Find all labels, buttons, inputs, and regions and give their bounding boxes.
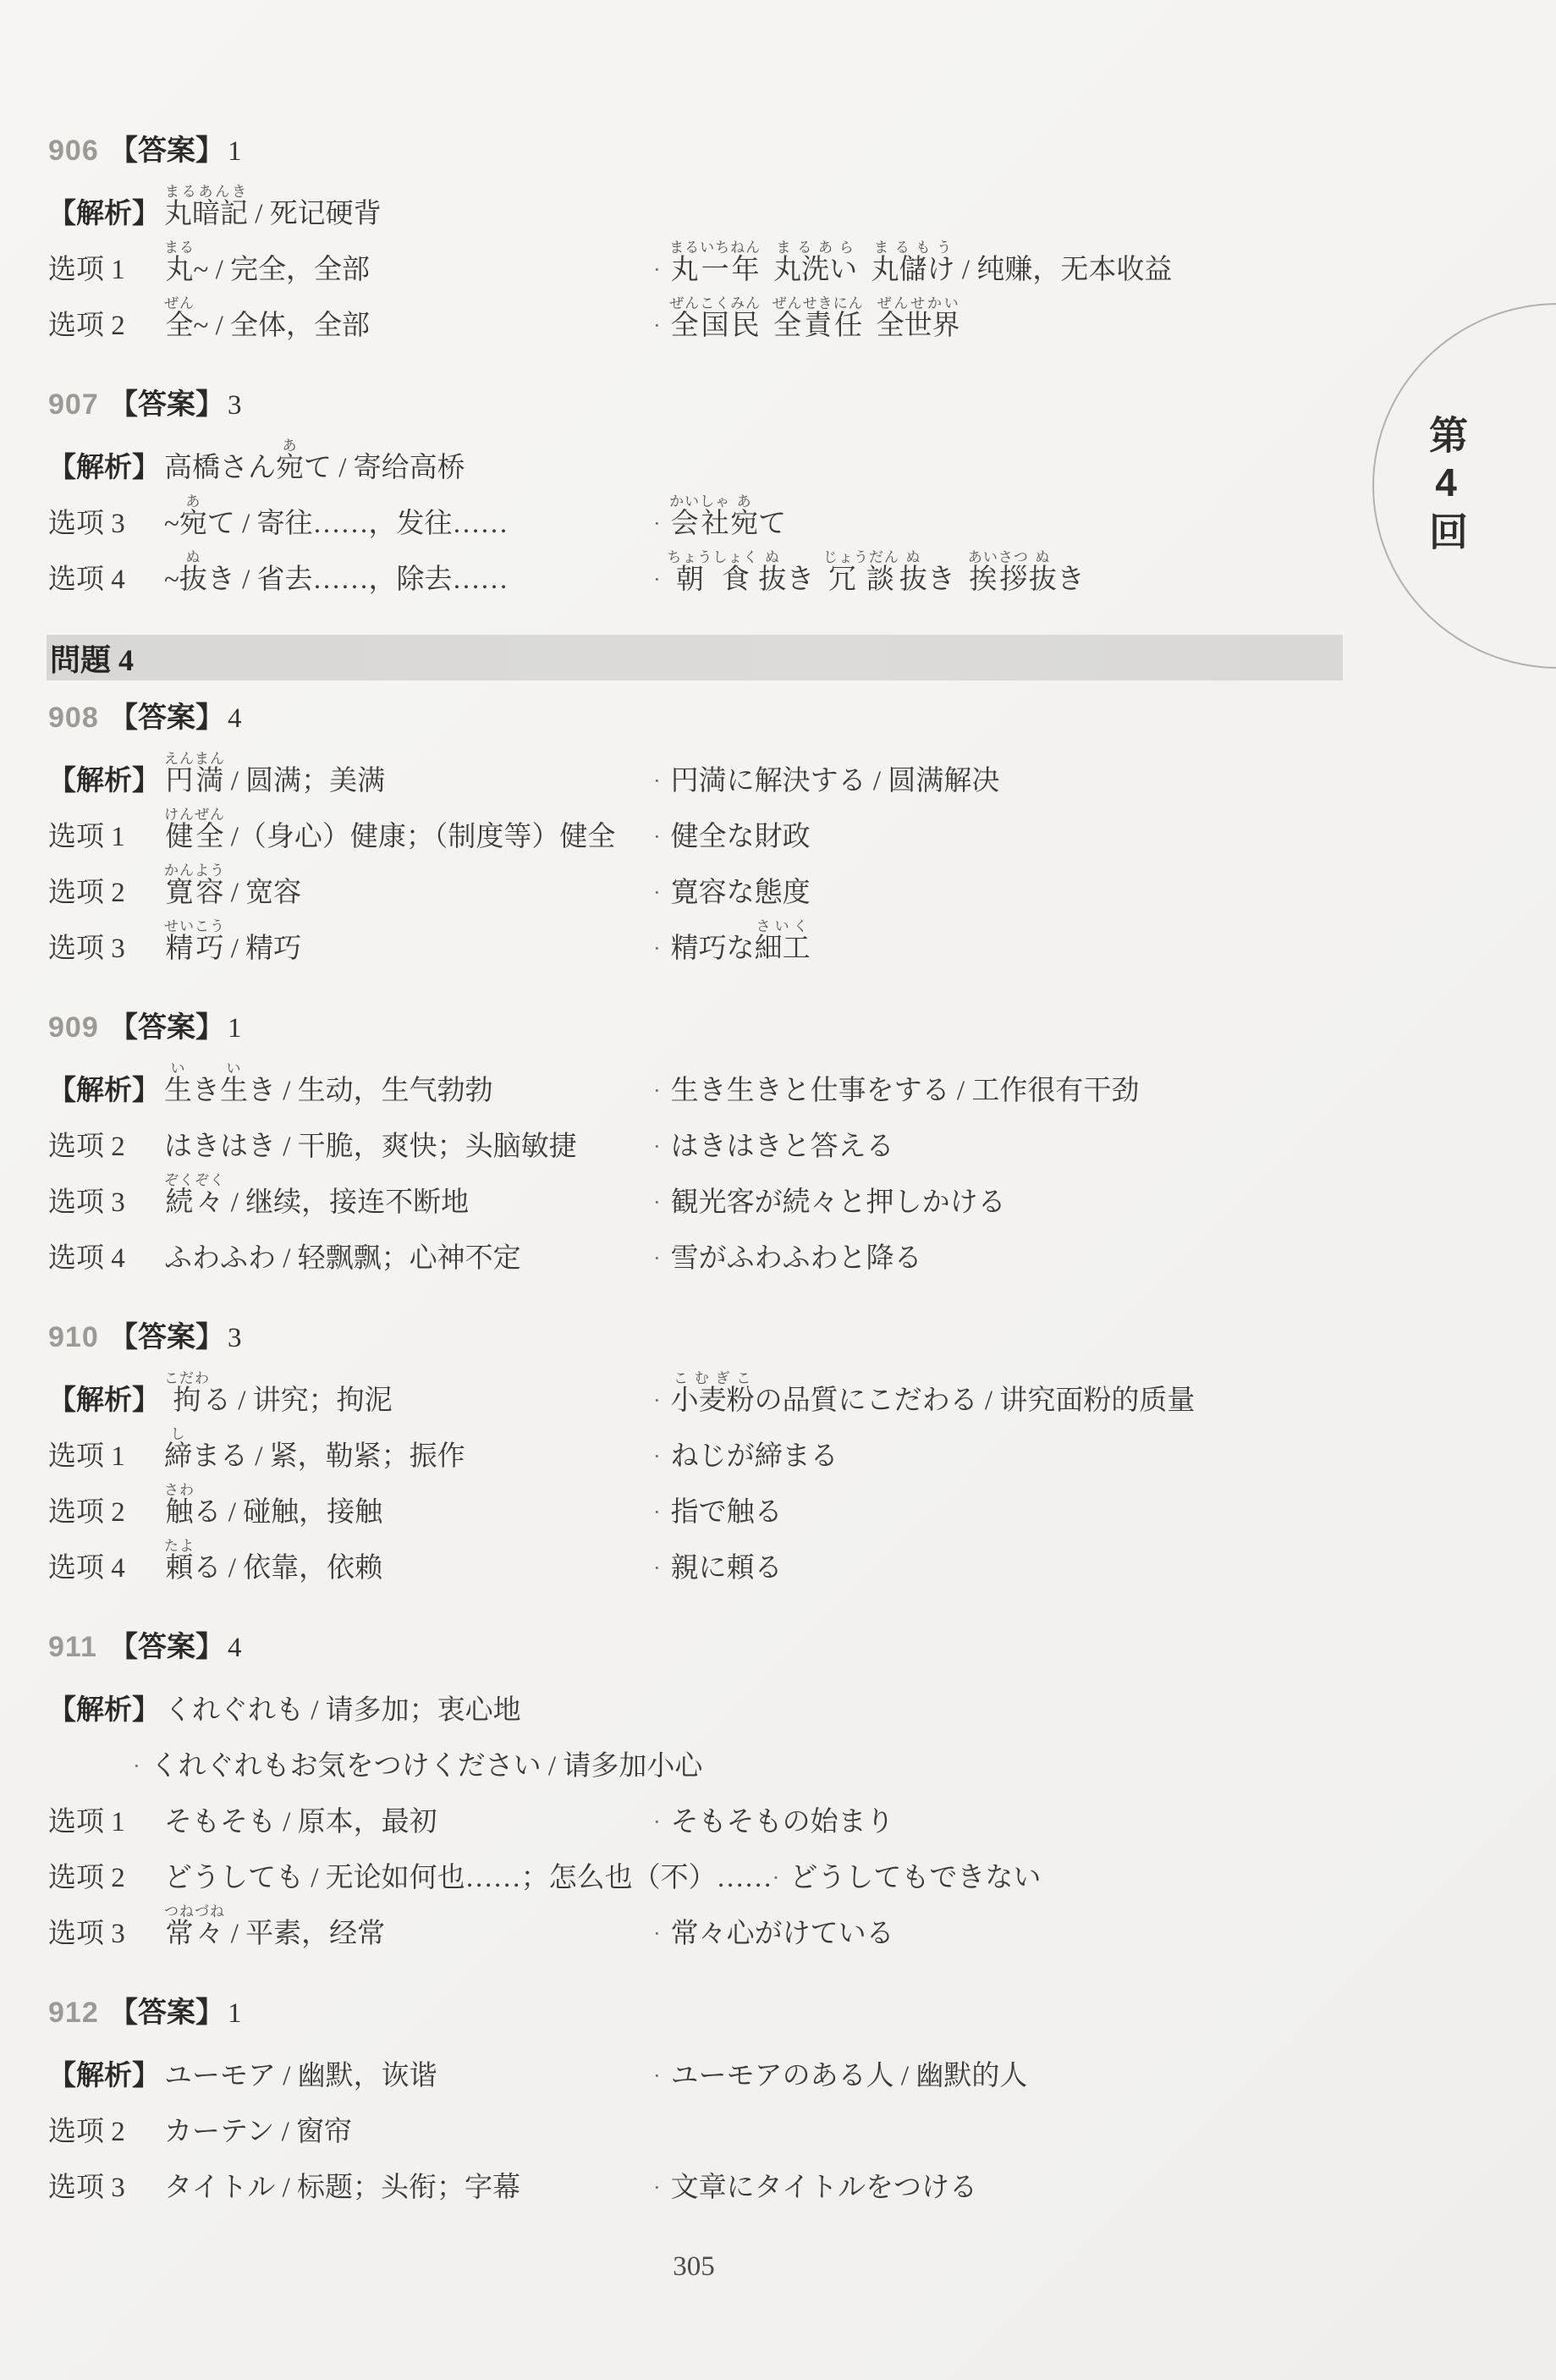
option-row: 选项 3タイトル / 标题；头衔；字幕·文章にタイトルをつける [48,2148,1402,2204]
text-segment: / 平素，经常 [224,1919,386,1949]
ruby-segment: 丸暗記まるあんき [164,199,248,229]
definition-text: ~抜ぬき / 省去……，除去…… [164,549,653,596]
text-segment [862,311,877,341]
furigana-text: ぬ [758,549,786,565]
text-segment: タイトル / 标题；头衔；字幕 [164,2173,520,2203]
definition-text: 生いき生いき / 生动，生气勃勃 [164,1061,653,1107]
bullet-dot: · [653,936,661,961]
text-segment [857,255,871,285]
bullet-dot: · [653,313,661,338]
definition-text: 拘こだわる / 讲究；拘泥 [164,1370,653,1417]
answer-label: 【答案】 [109,1004,224,1045]
ruby-base-text: 丸 [164,255,195,285]
ruby-segment: 丸洗いまるあら [773,255,857,285]
definition-text: 高橋さん宛あて / 寄给高桥 [164,438,653,484]
ruby-segment: 朝食ちょうしょく [671,565,759,595]
definition-text: ユーモア / 幽默，诙谐 [164,2061,653,2092]
ruby-base-text: 丸洗い [773,255,857,285]
text-segment: る / 讲究；拘泥 [203,1386,393,1416]
definition-text: 健全けんぜん /（身心）健康；（制度等）健全 [164,807,653,853]
ruby-base-text: 常々 [164,1919,225,1949]
ruby-segment: 触さわ [164,1497,194,1528]
text-segment: / 纯赚，无本收益 [955,255,1173,285]
option-row: 选项 3~宛あて / 寄往……，发往……·会社かいしゃ宛あて [48,484,1402,540]
furigana-text: し [164,1426,192,1442]
question-number: 909 [48,1011,109,1044]
text-segment [760,255,774,285]
question-number: 906 [48,135,109,168]
option-row: 选项 4頼たよる / 依靠，依赖·親に頼る [48,1529,1402,1584]
definition-text: どうしても / 无论如何也……；怎么也（不）…… [164,1863,773,1894]
ruby-segment: 常々つねづね [164,1919,224,1949]
text-segment: き [927,565,955,595]
bullet-dot: · [653,1500,661,1524]
ruby-segment: 宛あ [179,509,207,539]
analysis-row: 【解析】ユーモア / 幽默，诙谐·ユーモアのある人 / 幽默的人 [48,2036,1402,2092]
ruby-segment: 宛あ [276,453,304,483]
text-segment: 文章にタイトルをつける [671,2173,977,2203]
text-segment: き [1057,565,1085,595]
option-row: 选项 3精巧せいこう / 精巧·精巧な細工さいく [48,909,1402,965]
text-segment: 指で触る [671,1497,783,1528]
textbook-answer-page: { "page": { "band_color": "#d8d7d5", "si… [0,0,1556,2380]
question-number: 908 [48,702,109,735]
definition-text: 寛容かんよう / 宽容 [164,862,653,909]
furigana-text: ぬ [1029,549,1057,565]
option-row: 选项 2全ぜん~ / 全体，全部·全国民ぜんこくみん 全責任ぜんせきにん 全世界… [48,286,1402,342]
answer-label: 【答案】 [109,694,224,735]
definition-text: 全ぜん~ / 全体，全部 [164,295,653,342]
text-segment: ~ / 全体，全部 [194,311,371,341]
furigana-text: い [220,1061,248,1077]
answer-label: 【答案】 [109,1623,224,1665]
furigana-text: あいさつ [968,549,1029,565]
example-text: ·どうしてもできない [773,1863,1042,1894]
furigana-text: まるあんき [164,184,248,200]
ruby-segment: 寛容かんよう [164,878,224,908]
definition-text: 常々つねづね / 平素，经常 [164,1903,653,1950]
text-segment: 健全な財政 [671,822,811,852]
text-segment: / 继续，接连不断地 [224,1187,470,1218]
ruby-base-text: 抜 [1029,565,1057,595]
option-label: 选项 2 [48,878,164,909]
text-segment: そもそもの始まり [671,1807,894,1837]
option-label: 选项 3 [48,2173,164,2204]
example-text: ·朝食ちょうしょく抜ぬき 冗談じょうだん抜ぬき 挨拶あいさつ抜ぬき [653,549,1085,596]
bullet-dot: · [653,511,661,536]
ruby-segment: 会社かいしゃ [671,509,731,539]
ruby-segment: 健全けんぜん [164,822,224,852]
bullet-dot: · [653,1444,661,1468]
text-segment: / 圆满；美满 [224,766,386,796]
ruby-segment: 生い [220,1076,248,1106]
definition-text: くれぐれも / 请多加；衷心地 [164,1695,653,1727]
option-label: 选项 2 [48,1497,164,1529]
option-label: 选项 2 [48,2117,164,2148]
definition-text: 丸まる~ / 完全，全部 [164,240,653,286]
text-segment: 円満に解決する / 圆满解决 [671,766,1000,796]
example-text: ·ユーモアのある人 / 幽默的人 [653,2061,1027,2092]
furigana-text: あ [179,493,207,510]
example-text: ·丸一年まるいちねん 丸洗いまるあら 丸儲けまるもう / 纯赚，无本收益 [653,240,1172,286]
bullet-dot: · [653,2175,661,2200]
text-segment: ~ [164,565,179,595]
ruby-base-text: 宛 [730,509,758,539]
ruby-segment: 全世界ぜんせかい [877,311,960,341]
bullet-dot: · [653,1556,661,1580]
furigana-text: えんまん [164,751,225,767]
text-segment: /（身心）健康；（制度等）健全 [224,822,616,852]
ruby-segment: 丸まる [164,255,194,285]
ruby-segment: 頼たよ [164,1553,194,1584]
ruby-base-text: 触 [164,1497,195,1528]
bullet-dot: · [653,769,661,793]
furigana-text: さわ [164,1482,195,1498]
content: 906【答案】1【解析】丸暗記まるあんき / 死记硬背选项 1丸まる~ / 完全… [0,0,1402,2204]
example-text: ·生き生きと仕事をする / 工作很有干劲 [653,1076,1139,1107]
ruby-base-text: 全 [164,311,195,341]
analysis-label: 【解析】 [48,766,164,797]
question-head: 908【答案】4 [48,694,1402,741]
option-row: 选项 1丸まる~ / 完全，全部·丸一年まるいちねん 丸洗いまるあら 丸儲けまる… [48,230,1402,286]
question-912: 912【答案】1【解析】ユーモア / 幽默，诙谐·ユーモアのある人 / 幽默的人… [48,1989,1402,2204]
option-row: 选项 2触さわる / 碰触，接触·指で触る [48,1473,1402,1529]
furigana-text: こだわ [164,1370,210,1386]
furigana-text: ちょうしょく [667,549,758,565]
option-label: 选项 3 [48,934,164,965]
ruby-base-text: 続々 [164,1187,225,1218]
analysis-row: 【解析】拘こだわる / 讲究；拘泥·小麦粉こむぎこの品質にこだわる / 讲究面粉… [48,1361,1402,1417]
ruby-segment: 全ぜん [164,311,194,341]
furigana-text: ぬ [899,549,927,565]
furigana-text: まる [164,240,195,256]
text-segment: の品質にこだわる / 讲究面粉的质量 [755,1386,1196,1416]
ruby-segment: 円満えんまん [164,766,224,796]
analysis-row: 【解析】生いき生いき / 生动，生气勃勃·生き生きと仕事をする / 工作很有干劲 [48,1051,1402,1107]
answer-value: 1 [228,1998,242,2030]
ruby-base-text: 細工 [755,934,811,964]
ruby-base-text: 生 [164,1076,192,1106]
text-segment: 親に頼る [671,1553,783,1584]
answer-label: 【答案】 [109,381,224,422]
question-907: 907【答案】3【解析】高橋さん宛あて / 寄给高桥选项 3~宛あて / 寄往…… [48,381,1402,596]
example-text: ·文章にタイトルをつける [653,2173,977,2204]
ruby-segment: 締し [164,1441,192,1472]
text-segment: ~ [164,509,179,539]
text-segment: て / 寄往……，发往…… [207,509,509,539]
example-text: ·円満に解決する / 圆满解决 [653,766,999,797]
example-text: ·そもそもの始まり [653,1807,894,1838]
bullet-dot: · [773,1865,780,1890]
ruby-base-text: 生 [220,1076,248,1106]
question-910: 910【答案】3【解析】拘こだわる / 讲究；拘泥·小麦粉こむぎこの品質にこだわ… [48,1314,1402,1584]
bullet-dot: · [653,1134,661,1159]
furigana-text: たよ [164,1538,195,1554]
ruby-base-text: 会社 [669,509,730,539]
furigana-text: あ [730,493,758,510]
answer-label: 【答案】 [109,1989,224,2030]
analysis-label: 【解析】 [48,2061,164,2092]
ruby-segment: 冗談じょうだん [828,565,899,595]
question-head: 906【答案】1 [48,127,1402,174]
ruby-base-text: 抜 [179,565,207,595]
bullet-dot: · [653,1078,661,1103]
analysis-label: 【解析】 [48,1386,164,1417]
definition-text: ·くれぐれもお気をつけください / 请多加小心 [133,1751,702,1782]
example-text: ·親に頼る [653,1553,783,1584]
ruby-base-text: 宛 [276,453,304,483]
analysis-row: 【解析】高橋さん宛あて / 寄给高桥 [48,428,1402,484]
ruby-base-text: 全世界 [877,311,960,341]
option-row: 选项 3続々ぞくぞく / 继续，接连不断地·観光客が続々と押しかける [48,1163,1402,1219]
text-segment: ねじが締まる [671,1441,838,1472]
text-segment: き [786,565,814,595]
round-tab-label: 第4回 [1418,415,1474,557]
option-label: 选项 3 [48,509,164,540]
answer-label: 【答案】 [109,1314,224,1355]
ruby-base-text: 挨拶 [968,565,1029,595]
question-911: 911【答案】4【解析】くれぐれも / 请多加；衷心地·くれぐれもお気をつけくだ… [48,1623,1402,1950]
text-segment: はきはき / 干脆，爽快；头脑敏捷 [164,1132,577,1162]
furigana-text: まるあら [773,240,857,256]
bullet-dot: · [653,1810,661,1834]
question-number: 912 [48,1997,109,2030]
ruby-segment: 拘こだわ [164,1386,203,1416]
question-906: 906【答案】1【解析】丸暗記まるあんき / 死记硬背选项 1丸まる~ / 完全… [48,127,1402,342]
definition-text: ~宛あて / 寄往……，发往…… [164,493,653,540]
text-segment: 雪がふわふわと降る [671,1243,922,1274]
option-row: 选项 2はきはき / 干脆，爽快；头脑敏捷·はきはきと答える [48,1107,1402,1163]
furigana-text: あ [276,438,304,454]
furigana-text: せいこう [164,918,225,934]
question-number: 911 [48,1631,109,1664]
answer-value: 1 [228,1013,242,1044]
definition-text: 続々ぞくぞく / 继续，接连不断地 [164,1172,653,1219]
ruby-base-text: 全国民 [669,311,761,341]
ruby-base-text: 丸儲け [871,255,955,285]
example-text: ·はきはきと答える [653,1132,894,1163]
ruby-base-text: 頼 [164,1553,195,1584]
answer-label: 【答案】 [109,127,224,168]
ruby-base-text: 円満 [164,766,225,796]
text-segment: 常々心がけている [671,1919,894,1949]
furigana-text: まるもう [871,240,955,256]
ruby-segment: 生い [164,1076,192,1106]
option-row: 选项 3常々つねづね / 平素，经常·常々心がけている [48,1894,1402,1950]
ruby-segment: 精巧せいこう [164,934,224,964]
text-segment: ユーモア / 幽默，诙谐 [164,2061,437,2091]
ruby-base-text: 健全 [164,822,225,852]
furigana-text: じょうだん [823,549,899,565]
bullet-dot: · [653,257,661,282]
ruby-segment: 全国民ぜんこくみん [671,311,760,341]
option-label: 选项 2 [48,1863,164,1894]
text-segment: はきはきと答える [671,1132,894,1162]
option-row: 选项 1そもそも / 原本，最初·そもそもの始まり [48,1782,1402,1838]
example-text: ·寛容な態度 [653,878,811,909]
example-row: ·くれぐれもお気をつけください / 请多加小心 [48,1727,1402,1782]
text-segment: / 死记硬背 [248,199,382,229]
option-label: 选项 4 [48,1243,164,1275]
problem-header-band: 問題 4 [47,635,1343,680]
option-label: 选项 1 [48,1441,164,1473]
text-segment: カーテン / 窗帘 [164,2117,352,2147]
text-segment: て [758,509,786,539]
answer-value: 3 [228,390,242,421]
ruby-segment: 丸一年まるいちねん [671,255,760,285]
furigana-text: まるいちねん [669,240,761,256]
option-label: 选项 1 [48,822,164,853]
furigana-text: ぞくぞく [164,1172,225,1188]
example-text: ·雪がふわふわと降る [653,1243,922,1275]
furigana-text: い [164,1061,192,1077]
option-label: 选项 3 [48,1187,164,1219]
definition-text: 円満えんまん / 圆满；美满 [164,751,653,797]
ruby-segment: 細工さいく [755,934,811,964]
furigana-text: ぜんせかい [877,295,960,311]
bullet-dot: · [653,824,661,849]
ruby-segment: 挨拶あいさつ [969,565,1029,595]
furigana-text: ぬ [179,549,207,565]
answer-value: 4 [228,703,242,735]
ruby-base-text: 丸一年 [669,255,761,285]
furigana-text: けんぜん [164,807,225,823]
text-segment: き [192,1076,220,1106]
ruby-segment: 抜ぬ [758,565,786,595]
option-row: 选项 1締しまる / 紧，勒紧；振作·ねじが締まる [48,1417,1402,1473]
option-label: 选项 4 [48,565,164,596]
bullet-dot: · [653,567,661,592]
ruby-segment: 宛あ [730,509,758,539]
ruby-segment: 丸儲けまるもう [871,255,955,285]
furigana-text: つねづね [164,1903,225,1920]
page-number: 305 [673,2251,715,2282]
text-segment: 寛容な態度 [671,878,811,908]
option-label: 选项 2 [48,1132,164,1163]
bullet-dot: · [653,880,661,905]
option-label: 选项 3 [48,1919,164,1950]
problem-header-label: 問題 4 [50,636,134,680]
text-segment: どうしても / 无论如何也……；怎么也（不）…… [164,1863,773,1893]
question-number: 910 [48,1321,109,1354]
definition-text: タイトル / 标题；头衔；字幕 [164,2173,653,2204]
ruby-segment: 抜ぬ [179,565,207,595]
example-text: ·常々心がけている [653,1919,894,1950]
ruby-base-text: 精巧 [164,934,225,964]
definition-text: カーテン / 窗帘 [164,2117,653,2148]
ruby-base-text: 丸暗記 [164,199,248,229]
text-segment: ふわふわ / 轻飘飘；心神不定 [164,1243,521,1274]
question-head: 911【答案】4 [48,1623,1402,1671]
furigana-text: かんよう [164,862,225,879]
text-segment: 生き生きと仕事をする / 工作很有干劲 [671,1076,1140,1106]
answer-value: 3 [228,1323,242,1354]
furigana-text: ぜんせきにん [773,295,864,311]
bullet-dot: · [653,2063,661,2088]
example-text: ·観光客が続々と押しかける [653,1187,1006,1219]
ruby-base-text: 小麦粉 [671,1386,755,1416]
option-row: 选项 2寛容かんよう / 宽容·寛容な態度 [48,853,1402,909]
example-text: ·精巧な細工さいく [653,918,811,965]
bullet-dot: · [653,1921,661,1946]
bullet-dot: · [133,1754,140,1778]
text-segment: まる / 紧，勒紧；振作 [192,1441,465,1472]
ruby-base-text: 抜 [758,565,786,595]
ruby-base-text: 寛容 [164,878,225,908]
question-number: 907 [48,388,109,421]
text-segment: ユーモアのある人 / 幽默的人 [671,2061,1028,2091]
example-text: ·健全な財政 [653,822,811,853]
text-segment: る / 依靠，依赖 [194,1553,383,1584]
option-row: 选项 2カーテン / 窗帘 [48,2092,1402,2148]
analysis-label: 【解析】 [48,199,164,230]
analysis-row: 【解析】円満えんまん / 圆满；美满·円満に解決する / 圆满解决 [48,741,1402,797]
text-segment: そもそも / 原本，最初 [164,1807,437,1837]
option-label: 选项 1 [48,1807,164,1838]
definition-text: 丸暗記まるあんき / 死记硬背 [164,184,653,230]
definition-text: 触さわる / 碰触，接触 [164,1482,653,1529]
text-segment: どうしてもできない [789,1863,1041,1893]
example-text: ·指で触る [653,1497,783,1529]
question-head: 910【答案】3 [48,1314,1402,1361]
option-row: 选项 1健全けんぜん /（身心）健康；（制度等）健全·健全な財政 [48,797,1402,853]
option-label: 选项 1 [48,255,164,286]
text-segment: て / 寄给高桥 [304,453,465,483]
furigana-text: こむぎこ [671,1370,755,1386]
definition-text: 精巧せいこう / 精巧 [164,918,653,965]
option-label: 选项 2 [48,311,164,342]
analysis-row: 【解析】丸暗記まるあんき / 死记硬背 [48,174,1402,230]
option-label: 选项 4 [48,1553,164,1584]
text-segment: 観光客が続々と押しかける [671,1187,1006,1218]
ruby-segment: 全責任ぜんせきにん [773,311,862,341]
ruby-segment: 続々ぞくぞく [164,1187,224,1218]
ruby-base-text: 締 [164,1441,192,1472]
example-text: ·ねじが締まる [653,1441,838,1473]
analysis-label: 【解析】 [48,1695,164,1727]
ruby-base-text: 宛 [179,509,207,539]
text-segment: き / 省去……，除去…… [207,565,509,595]
definition-text: ふわふわ / 轻飘飘；心神不定 [164,1243,653,1275]
question-head: 909【答案】1 [48,1004,1402,1051]
bullet-dot: · [653,1388,661,1413]
ruby-base-text: 抜 [899,565,927,595]
definition-text: そもそも / 原本，最初 [164,1807,653,1838]
question-head: 912【答案】1 [48,1989,1402,2036]
answer-value: 4 [228,1633,242,1664]
ruby-segment: 小麦粉こむぎこ [671,1386,755,1416]
ruby-base-text: 朝食 [667,565,758,595]
ruby-segment: 抜ぬ [899,565,927,595]
definition-text: 締しまる / 紧，勒紧；振作 [164,1426,653,1473]
text-segment: 高橋さん [164,453,276,483]
example-text: ·小麦粉こむぎこの品質にこだわる / 讲究面粉的质量 [653,1370,1195,1417]
text-segment: / 精巧 [224,934,302,964]
question-head: 907【答案】3 [48,381,1402,428]
furigana-text: ぜん [164,295,195,311]
text-segment: ~ / 完全，全部 [194,255,371,285]
option-row: 选项 4ふわふわ / 轻飘飘；心神不定·雪がふわふわと降る [48,1219,1402,1275]
text-segment: 精巧な [671,934,755,964]
text-segment: / 宽容 [224,878,302,908]
question-908: 908【答案】4【解析】円満えんまん / 圆满；美满·円満に解決する / 圆满解… [48,694,1402,965]
bullet-dot: · [653,1190,661,1215]
text-segment: くれぐれもお気をつけください / 请多加小心 [151,1751,703,1782]
furigana-text: さいく [755,918,811,934]
analysis-label: 【解析】 [48,1076,164,1107]
answer-value: 1 [228,136,242,168]
furigana-text: かいしゃ [669,493,730,510]
